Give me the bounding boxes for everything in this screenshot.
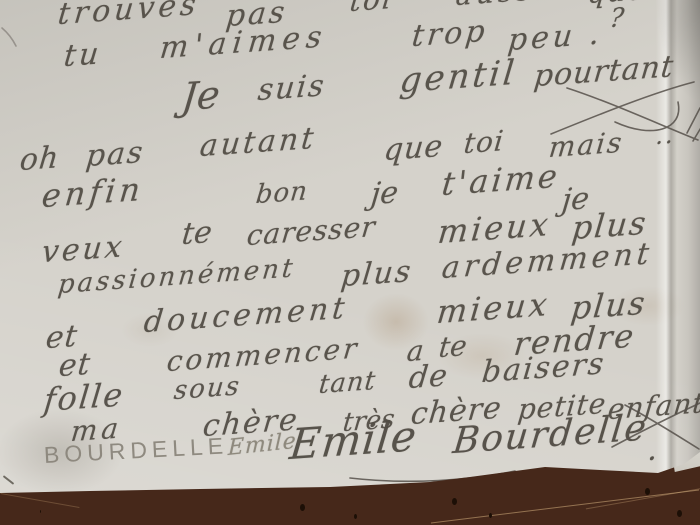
handwritten-word: caresser [246, 213, 378, 250]
photo-handwritten-letter: trouves pas toi aussi que ? tu m'aimes t… [0, 0, 700, 525]
handwritten-word: trouves [56, 0, 201, 30]
handwritten-word: que [382, 132, 444, 166]
handwritten-word: de [407, 361, 449, 394]
handwritten-word: baisers [480, 349, 606, 388]
stray-stroke [2, 28, 16, 46]
handwritten-word: toi [349, 0, 395, 16]
signature-emile: Emile [288, 415, 419, 466]
wood-specks [300, 504, 305, 511]
handwritten-word: trop [410, 17, 489, 53]
handwritten-word: sous [173, 373, 243, 404]
handwritten-word: mieux [435, 288, 551, 328]
handwritten-word: plus [339, 257, 414, 292]
handwritten-word: te [180, 218, 213, 250]
handwritten-word: autant [198, 124, 317, 162]
handwritten-word: aussi [455, 0, 550, 10]
handwritten-word: oh [18, 143, 60, 176]
handwritten-word: folle [42, 378, 126, 416]
handwritten-word: enfin [40, 173, 145, 212]
handwritten-word: Je [180, 75, 222, 116]
pencil-annotation-emile: Emile [228, 431, 297, 460]
handwritten-word: toi [463, 127, 506, 158]
handwritten-word-crossed-out: pourtant [532, 52, 675, 92]
handwritten-word: m'aimes [158, 22, 329, 64]
handwritten-word: je [369, 178, 399, 210]
handwritten-word: doucement [142, 294, 349, 339]
handwritten-word: pas [84, 138, 146, 172]
handwritten-word: peu . [506, 19, 604, 56]
handwritten-word: t'aime [440, 160, 561, 201]
handwritten-word: suis [256, 71, 327, 106]
handwritten-word: tu [62, 39, 102, 72]
handwritten-word: mieux [436, 208, 552, 248]
handwritten-word: gentil [398, 56, 519, 99]
handwritten-dots: .. [655, 123, 677, 149]
letter-paper: trouves pas toi aussi que ? tu m'aimes t… [0, 0, 700, 525]
handwritten-question-mark: ? [609, 5, 626, 32]
handwritten-word: tant [318, 368, 378, 398]
handwritten-word: veux [40, 232, 126, 268]
handwritten-word: bon [255, 178, 310, 208]
pencil-mark [3, 475, 14, 485]
